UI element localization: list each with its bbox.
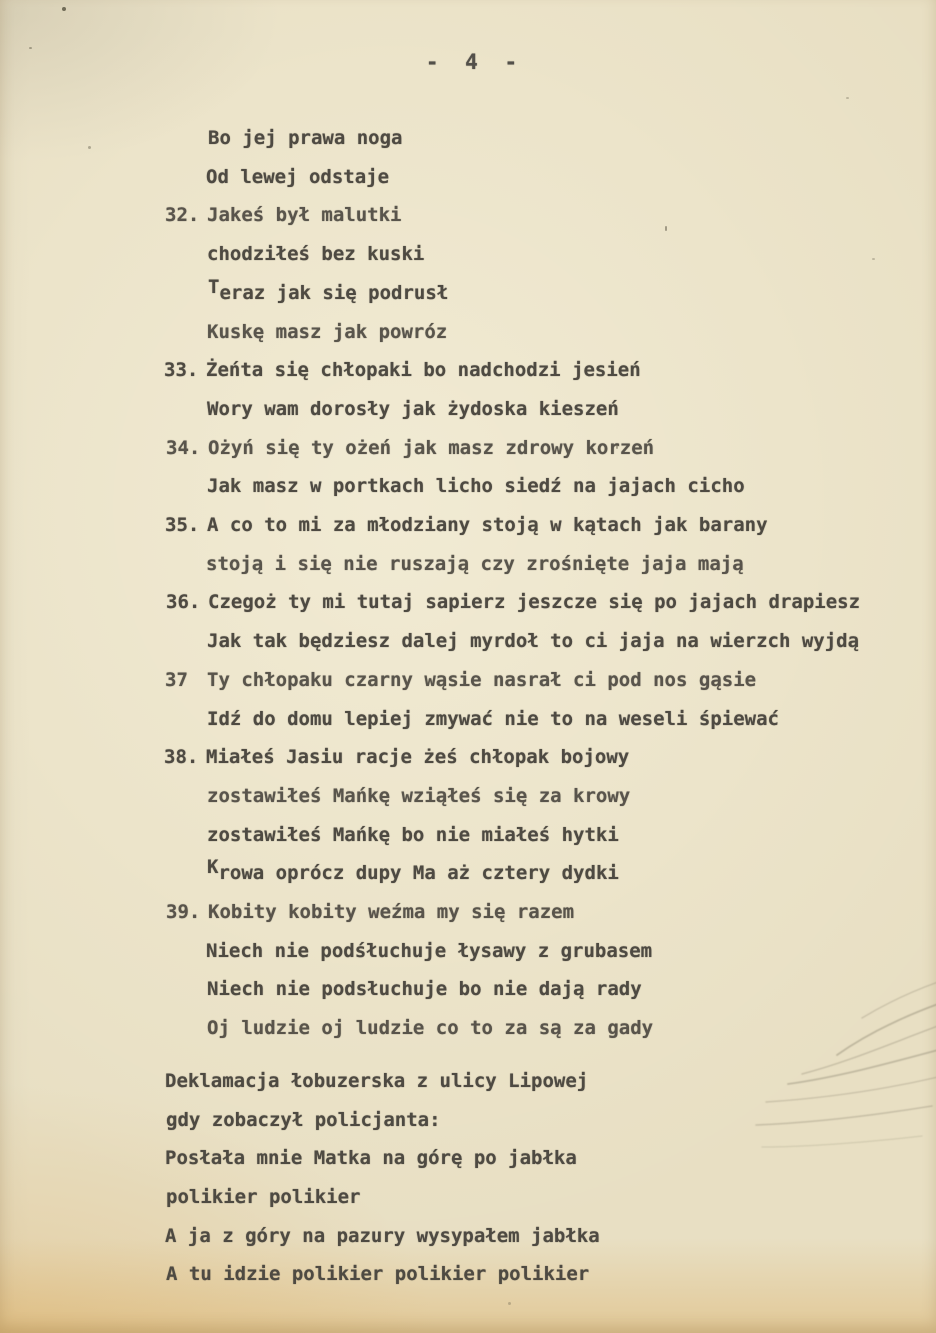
verse-text: Jak masz w portkach licho siedź na jajac… — [207, 467, 745, 506]
verse-text: Idź do domu lepiej zmywać nie to na wese… — [207, 700, 779, 739]
verse-number: 33. — [164, 351, 206, 390]
verse-text: Teraz jak się podrusł — [208, 274, 448, 313]
verse-text: Niech nie podśłuchuje łysawy z grubasem — [206, 932, 652, 971]
paper-speck — [62, 7, 66, 11]
declamation-line: gdy zobaczył policjanta: — [166, 1101, 860, 1140]
verse-number — [164, 932, 206, 971]
paper-speck — [616, 444, 618, 449]
verse-number — [165, 235, 207, 274]
verse-line: 37Ty chłopaku czarny wąsie nasrał ci pod… — [165, 661, 859, 700]
verse-number — [164, 158, 206, 197]
paper-speck — [665, 226, 667, 231]
verse-number — [166, 274, 208, 313]
declamation-line: Deklamacja łobuzerska z ulicy Lipowej — [165, 1062, 859, 1101]
verse-text: Jakeś był malutki — [207, 196, 401, 235]
verse-text: zostawiłeś Mańkę wziąłeś się za krowy — [207, 777, 630, 816]
verse-text: stoją i się nie ruszają czy zrośnięte ja… — [206, 545, 744, 584]
verse-number: 39. — [166, 893, 208, 932]
verse-text: Niech nie podsłuchuje bo nie dają rady — [207, 970, 642, 1009]
raised-letter: T — [208, 276, 219, 298]
paper-speck — [872, 258, 875, 260]
verse-text: A co to mi za młodziany stoją w kątach j… — [207, 506, 768, 545]
verse-text: chodziłeś bez kuski — [207, 235, 424, 274]
text-block: Bo jej prawa nogaOd lewej odstaje32.Jake… — [165, 119, 859, 1294]
verse-number — [166, 119, 208, 158]
verse-number — [165, 816, 207, 855]
verse-number: 36. — [166, 583, 208, 622]
verse-text: Czegoż ty mi tutaj sapierz jeszcze się p… — [208, 583, 860, 622]
verse-line: stoją i się nie ruszają czy zrośnięte ja… — [164, 545, 858, 584]
verse-line: zostawiłeś Mańkę bo nie miałeś hytki — [165, 816, 859, 855]
verse-line: zostawiłeś Mańkę wziąłeś się za krowy — [165, 777, 859, 816]
verse-line: 35.A co to mi za młodziany stoją w kątac… — [165, 506, 859, 545]
verse-text: Krowa oprócz dupy Ma aż cztery dydki — [207, 854, 619, 893]
verse-number: 35. — [165, 506, 207, 545]
verse-line: 38.Miałeś Jasiu racje żeś chłopak bojowy — [164, 738, 858, 777]
page-number: - 4 - — [7, 50, 936, 74]
verse-number — [165, 313, 207, 352]
verse-number — [165, 622, 207, 661]
declamation-line: A ja z góry na pazury wysypałem jabłka — [165, 1217, 859, 1256]
verse-text: Ożyń się ty ożeń jak masz zdrowy korzeń — [208, 429, 654, 468]
verse-text: Jak tak będziesz dalej myrdoł to ci jaja… — [207, 622, 859, 661]
verse-text: Żeńta się chłopaki bo nadchodzi jesień — [206, 351, 641, 390]
verse-line: Kuskę masz jak powróz — [165, 313, 859, 352]
verse-number — [165, 390, 207, 429]
verse-number — [165, 970, 207, 1009]
verse-line: Oj ludzie oj ludzie co to za są za gady — [165, 1009, 859, 1048]
verse-line: 36.Czegoż ty mi tutaj sapierz jeszcze si… — [166, 583, 860, 622]
verse-number: 32. — [165, 196, 207, 235]
verse-text: Wory wam dorosły jak żydoska kieszeń — [207, 390, 619, 429]
declamation-line: polikier polikier — [166, 1178, 860, 1217]
verse-line: Jak tak będziesz dalej myrdoł to ci jaja… — [165, 622, 859, 661]
verse-text: Oj ludzie oj ludzie co to za są za gady — [207, 1009, 653, 1048]
verse-number: 38. — [164, 738, 206, 777]
verse-line: 32.Jakeś był malutki — [165, 196, 859, 235]
verse-number: 37 — [165, 661, 207, 700]
verse-list: Bo jej prawa nogaOd lewej odstaje32.Jake… — [165, 119, 859, 1048]
verse-line: Teraz jak się podrusł — [166, 274, 860, 313]
verse-line: Niech nie podśłuchuje łysawy z grubasem — [164, 932, 858, 971]
verse-number — [165, 700, 207, 739]
verse-line: Od lewej odstaje — [164, 158, 858, 197]
verse-text: Bo jej prawa noga — [208, 119, 402, 158]
raised-letter: K — [207, 856, 218, 878]
declamation-block: Deklamacja łobuzerska z ulicy Lipowejgdy… — [165, 1062, 859, 1294]
verse-line: Jak masz w portkach licho siedź na jajac… — [165, 467, 859, 506]
verse-number — [164, 545, 206, 584]
verse-number: 34. — [166, 429, 208, 468]
verse-text: Kobity kobity weźma my się razem — [208, 893, 574, 932]
verse-line: Niech nie podsłuchuje bo nie dają rady — [165, 970, 859, 1009]
paper-speck — [29, 47, 32, 49]
verse-line: 39.Kobity kobity weźma my się razem — [166, 893, 860, 932]
paper-speck — [846, 97, 849, 99]
verse-number — [165, 854, 207, 893]
verse-line: 34.Ożyń się ty ożeń jak masz zdrowy korz… — [166, 429, 860, 468]
declamation-line: Posłała mnie Matka na górę po jabłka — [165, 1139, 859, 1178]
verse-text: Miałeś Jasiu racje żeś chłopak bojowy — [206, 738, 629, 777]
verse-text: zostawiłeś Mańkę bo nie miałeś hytki — [207, 816, 619, 855]
verse-line: Idź do domu lepiej zmywać nie to na wese… — [165, 700, 859, 739]
verse-number — [165, 777, 207, 816]
verse-text: Ty chłopaku czarny wąsie nasrał ci pod n… — [207, 661, 756, 700]
document-page: - 4 - Bo jej prawa nogaOd lewej odstaje3… — [0, 0, 936, 1333]
verse-line: Wory wam dorosły jak żydoska kieszeń — [165, 390, 859, 429]
verse-line: Krowa oprócz dupy Ma aż cztery dydki — [165, 854, 859, 893]
paper-speck — [88, 146, 91, 149]
paper-speck — [508, 1302, 511, 1305]
verse-line: chodziłeś bez kuski — [165, 235, 859, 274]
verse-number — [165, 1009, 207, 1048]
verse-text: Od lewej odstaje — [206, 158, 389, 197]
verse-number — [165, 467, 207, 506]
declamation-line: A tu idzie polikier polikier polikier — [166, 1255, 860, 1294]
verse-line: Bo jej prawa noga — [166, 119, 860, 158]
verse-text: Kuskę masz jak powróz — [207, 313, 447, 352]
verse-line: 33.Żeńta się chłopaki bo nadchodzi jesie… — [164, 351, 858, 390]
